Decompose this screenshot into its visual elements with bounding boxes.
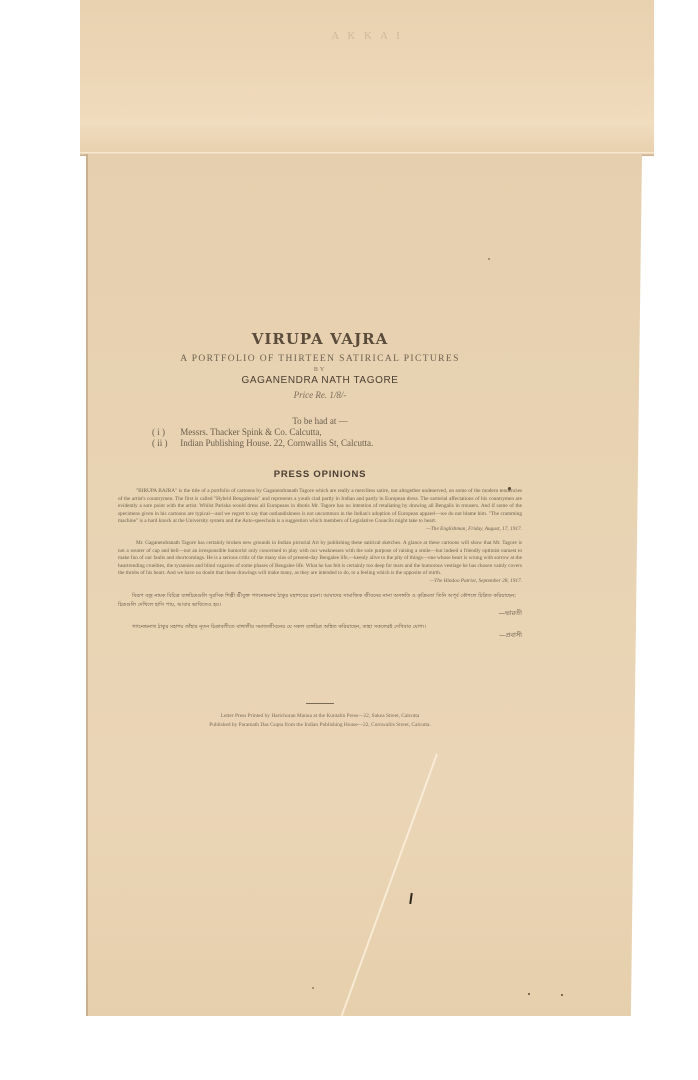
foxing-spot: [561, 994, 563, 996]
foxing-spot: [528, 993, 530, 995]
paper-crease: [320, 754, 438, 1074]
availability-list: ( i ) Messrs. Thacker Spink & Co. Calcut…: [152, 427, 522, 449]
availability-item: ( i ) Messrs. Thacker Spink & Co. Calcut…: [152, 427, 522, 438]
foxing-spot: [508, 487, 511, 490]
item-number: ( i ): [152, 427, 178, 438]
item-text: Indian Publishing House. 22, Cornwallis …: [180, 438, 373, 448]
availability-item: ( ii ) Indian Publishing House. 22, Corn…: [152, 438, 522, 449]
review-source: —The Englishman, Friday, August, 17, 191…: [118, 526, 522, 532]
by-line: BY: [118, 367, 522, 373]
show-through-text: A K K A I: [80, 30, 654, 42]
review-source: —The Hindoo Patriot, September 28, 1917.: [118, 578, 522, 584]
price: Price Re. 1/8/-: [118, 390, 522, 400]
author-name: GAGANENDRA NATH TAGORE: [118, 375, 522, 386]
review-englishman: "BIRUPA BAJRA" is the title of a portfol…: [118, 488, 522, 526]
availability-heading: To be had at —: [118, 416, 522, 426]
book-subtitle: A PORTFOLIO OF THIRTEEN SATIRICAL PICTUR…: [118, 354, 522, 364]
foxing-spot: [488, 258, 490, 260]
title-page-content: VIRUPA VAJRA A PORTFOLIO OF THIRTEEN SAT…: [118, 330, 522, 730]
imprint-line: Published by Paramath Das Gupta from the…: [118, 721, 522, 730]
item-number: ( ii ): [152, 438, 178, 449]
press-opinions-heading: PRESS OPINIONS: [118, 469, 522, 480]
imprint-line: Letter Press Printed by Harichuran Manna…: [118, 712, 522, 721]
top-fold-flap: A K K A I: [80, 0, 654, 156]
book-title: VIRUPA VAJRA: [118, 330, 522, 348]
foxing-spot: [312, 987, 314, 989]
divider-rule: [306, 703, 334, 704]
review-hindoo-patriot: Mr. Gaganendranath Tagore has certainly …: [118, 540, 522, 578]
printer-imprint: Letter Press Printed by Harichuran Manna…: [118, 712, 522, 730]
item-text: Messrs. Thacker Spink & Co. Calcutta,: [180, 427, 321, 437]
